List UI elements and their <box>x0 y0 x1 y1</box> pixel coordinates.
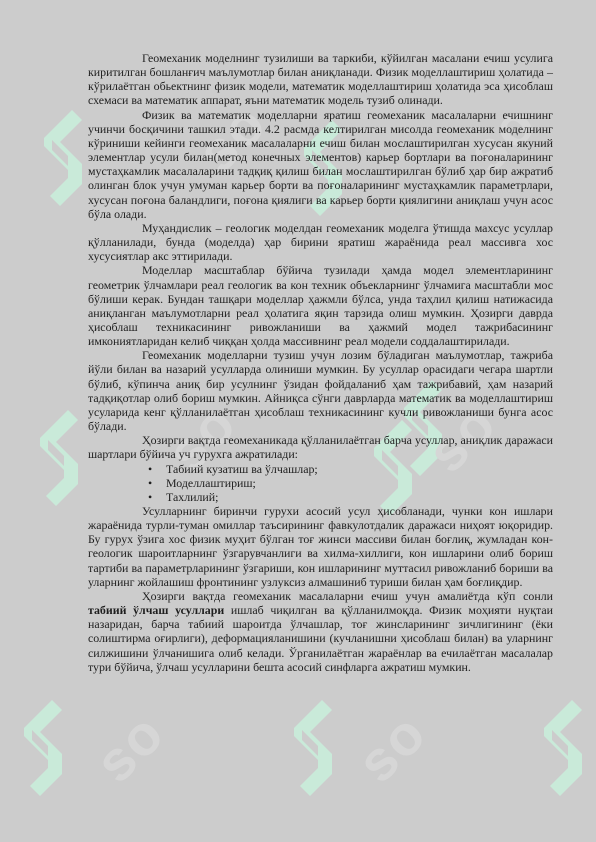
paragraph: Геомеханик моделнинг тузилиши ва таркиби… <box>88 51 553 108</box>
list-item: •Табиий кузатиш ва ўлчашлар; <box>88 462 553 476</box>
list-item-text: Моделлаштириш; <box>166 476 256 490</box>
brand-logo-icon <box>36 410 96 510</box>
watermark-text: so <box>344 700 439 795</box>
method-groups-list: •Табиий кузатиш ва ўлчашлар; •Моделлашти… <box>88 462 553 504</box>
list-item: •Моделлаштириш; <box>88 476 553 490</box>
brand-logo-icon <box>20 700 80 800</box>
bullet-icon: • <box>148 490 152 504</box>
paragraph: Ҳозирги вақтда геомеханикада қўлланилаёт… <box>88 433 553 461</box>
bullet-icon: • <box>148 462 152 476</box>
paragraph: Моделлар масштаблар бўйича тузилади ҳамд… <box>88 263 553 348</box>
text-run: Ҳозирги вақтда геомеханик масалаларни еч… <box>142 589 553 603</box>
paragraph: Усулларнинг биринчи гурухи асосий усул ҳ… <box>88 504 553 589</box>
list-item-text: Табиий кузатиш ва ўлчашлар; <box>166 462 318 476</box>
brand-logo-icon <box>540 700 596 800</box>
list-item: •Тахлилий; <box>88 490 553 504</box>
bold-term: табиий ўлчаш усуллари <box>88 603 224 617</box>
bullet-icon: • <box>148 476 152 490</box>
watermark-text: so <box>82 700 177 795</box>
list-item-text: Тахлилий; <box>166 490 218 504</box>
paragraph: Ҳозирги вақтда геомеханик масалаларни еч… <box>88 589 553 674</box>
document-page: Геомеханик моделнинг тузилиши ва таркиби… <box>88 51 553 674</box>
paragraph: Геомеханик моделларни тузиш учун лозим б… <box>88 348 553 433</box>
paragraph: Физик ва математик моделларни яратиш гео… <box>88 108 553 221</box>
brand-logo-icon <box>290 700 350 800</box>
paragraph: Муҳандислик – геологик моделдан геомехан… <box>88 221 553 263</box>
